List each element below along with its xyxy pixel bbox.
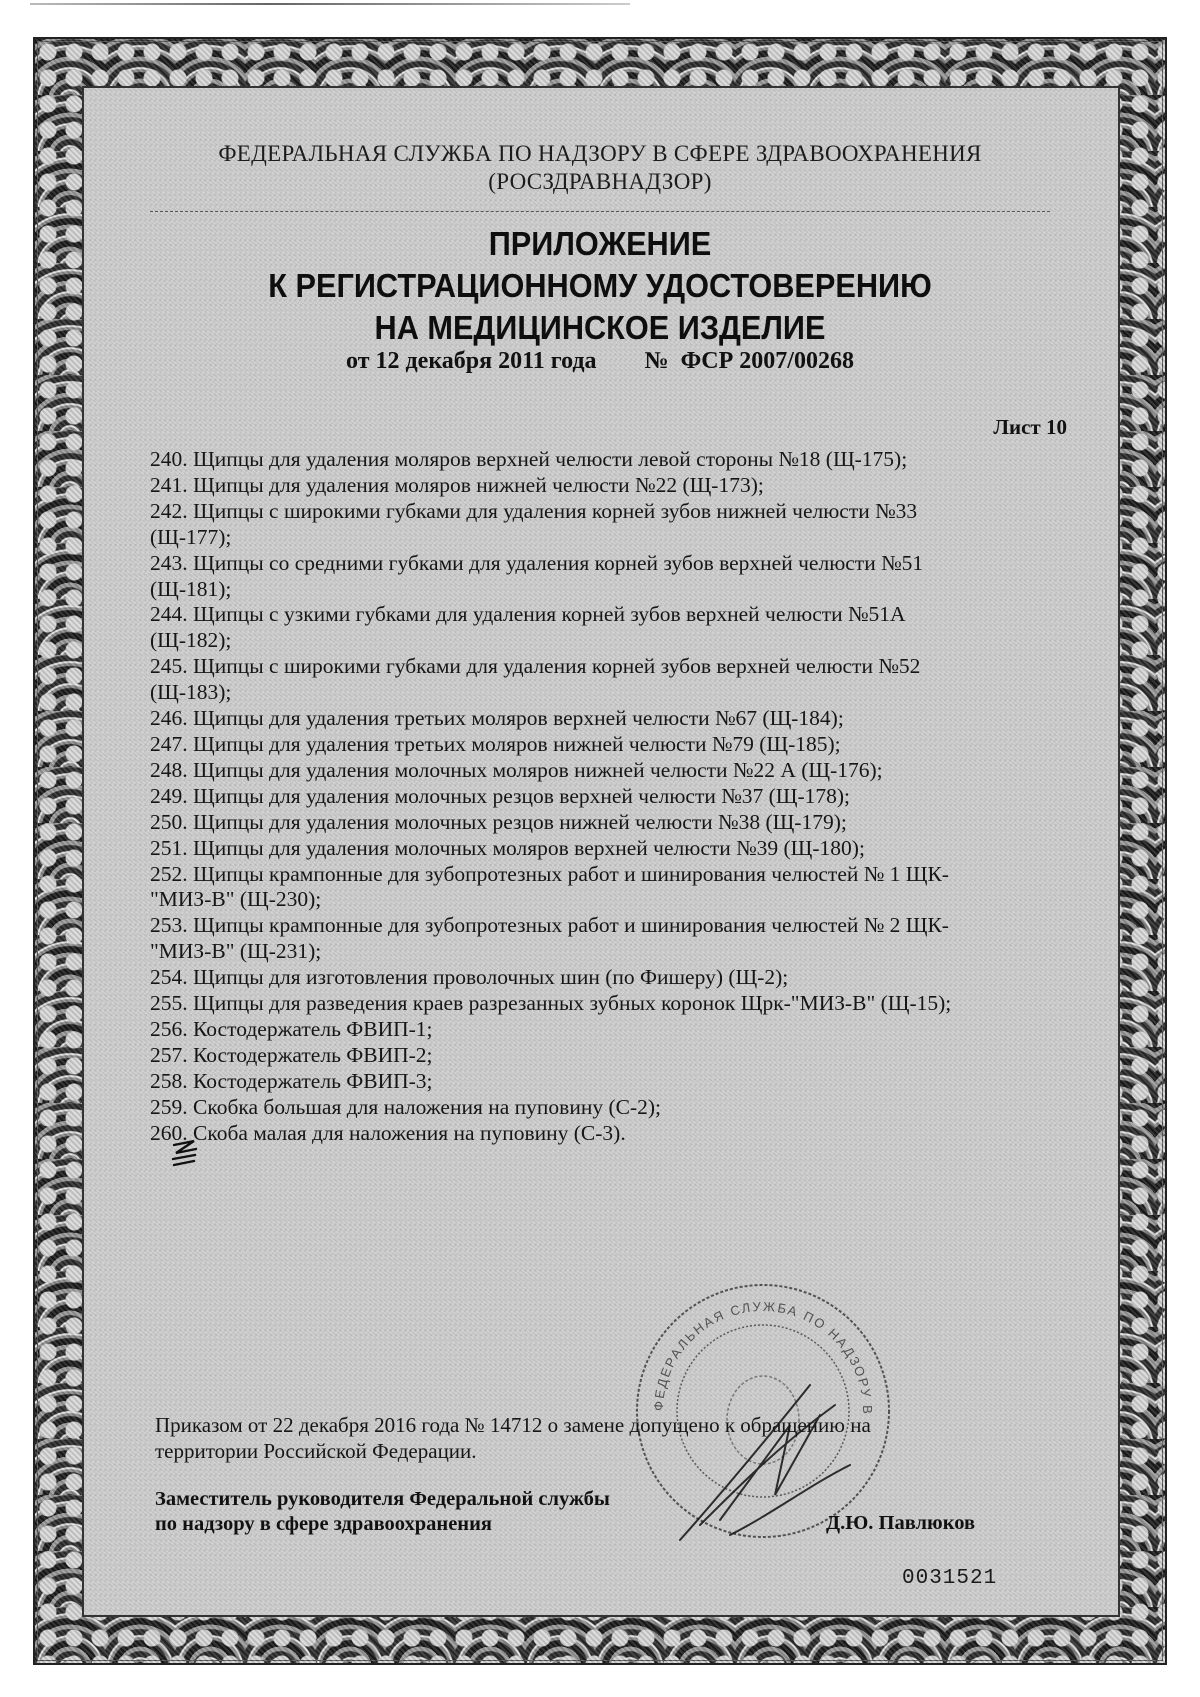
z-mark-icon [170, 1137, 200, 1169]
signatory-position: Заместитель руководителя Федеральной слу… [155, 1487, 755, 1537]
list-item: 251. Щипцы для удаления молочных моляров… [150, 836, 1050, 862]
order-line-2: территории Российской Федерации. [155, 1438, 975, 1464]
list-item: 260. Скоба малая для наложения на пупови… [150, 1121, 1050, 1147]
list-item: 244. Щипцы с узкими губками для удаления… [150, 602, 1050, 628]
list-item: 242. Щипцы с широкими губками для удален… [150, 499, 1050, 525]
list-item: 245. Щипцы с широкими губками для удален… [150, 654, 1050, 680]
list-item: 256. Костодержатель ФВИП-1; [150, 1017, 1050, 1043]
list-item: 258. Костодержатель ФВИП-3; [150, 1069, 1050, 1095]
serial-number: 0031521 [902, 1567, 997, 1590]
device-list: 240. Щипцы для удаления моляров верхней … [150, 447, 1050, 1146]
document-subtitle-line2: НА МЕДИЦИНСКОЕ ИЗДЕЛИЕ [42, 308, 1158, 348]
list-item: 248. Щипцы для удаления молочных моляров… [150, 758, 1050, 784]
agency-name: ФЕДЕРАЛЬНАЯ СЛУЖБА ПО НАДЗОРУ В СФЕРЕ ЗД… [0, 140, 1200, 168]
list-item: 253. Щипцы крампонные для зубопротезных … [150, 913, 1050, 939]
list-item: 257. Костодержатель ФВИП-2; [150, 1043, 1050, 1069]
list-item: (Щ-182); [150, 628, 1050, 654]
scan-edge-line [30, 3, 630, 5]
list-item: 241. Щипцы для удаления моляров нижней ч… [150, 473, 1050, 499]
list-item: 255. Щипцы для разведения краев разрезан… [150, 991, 1050, 1017]
order-line-1: Приказом от 22 декабря 2016 года № 14712… [155, 1412, 975, 1438]
agency-header: ФЕДЕРАЛЬНАЯ СЛУЖБА ПО НАДЗОРУ В СФЕРЕ ЗД… [0, 140, 1200, 196]
list-item: 250. Щипцы для удаления молочных резцов … [150, 810, 1050, 836]
certificate-reference: от 12 декабря 2011 года № ФСР 2007/00268 [0, 348, 1200, 375]
document-title: ПРИЛОЖЕНИЕ [42, 224, 1158, 264]
order-note: Приказом от 22 декабря 2016 года № 14712… [155, 1412, 975, 1464]
document-subtitle-line1: К РЕГИСТРАЦИОННОМУ УДОСТОВЕРЕНИЮ [42, 266, 1158, 306]
list-item: 247. Щипцы для удаления третьих моляров … [150, 732, 1050, 758]
list-item: 249. Щипцы для удаления молочных резцов … [150, 784, 1050, 810]
list-item: (Щ-177); [150, 525, 1050, 551]
signatory-name: Д.Ю. Павлюков [826, 1512, 975, 1535]
certificate-date: от 12 декабря 2011 года [346, 348, 597, 374]
list-item: (Щ-181); [150, 577, 1050, 603]
list-item: 240. Щипцы для удаления моляров верхней … [150, 447, 1050, 473]
list-item: "МИЗ-В" (Щ-230); [150, 887, 1050, 913]
list-item: 252. Щипцы крампонные для зубопротезных … [150, 862, 1050, 888]
position-line-1: Заместитель руководителя Федеральной слу… [155, 1487, 755, 1512]
list-item: 246. Щипцы для удаления третьих моляров … [150, 706, 1050, 732]
agency-abbreviation: (РОСЗДРАВНАДЗОР) [0, 168, 1200, 196]
position-line-2: по надзору в сфере здравоохранения [155, 1512, 755, 1537]
list-item: 243. Щипцы со средними губками для удале… [150, 551, 1050, 577]
header-divider [150, 211, 1050, 212]
list-item: 259. Скобка большая для наложения на пуп… [150, 1095, 1050, 1121]
list-item: 254. Щипцы для изготовления проволочных … [150, 965, 1050, 991]
list-item: (Щ-183); [150, 680, 1050, 706]
sheet-number: Лист 10 [993, 415, 1067, 440]
list-item: "МИЗ-В" (Щ-231); [150, 939, 1050, 965]
certificate-number: № ФСР 2007/00268 [645, 348, 854, 374]
